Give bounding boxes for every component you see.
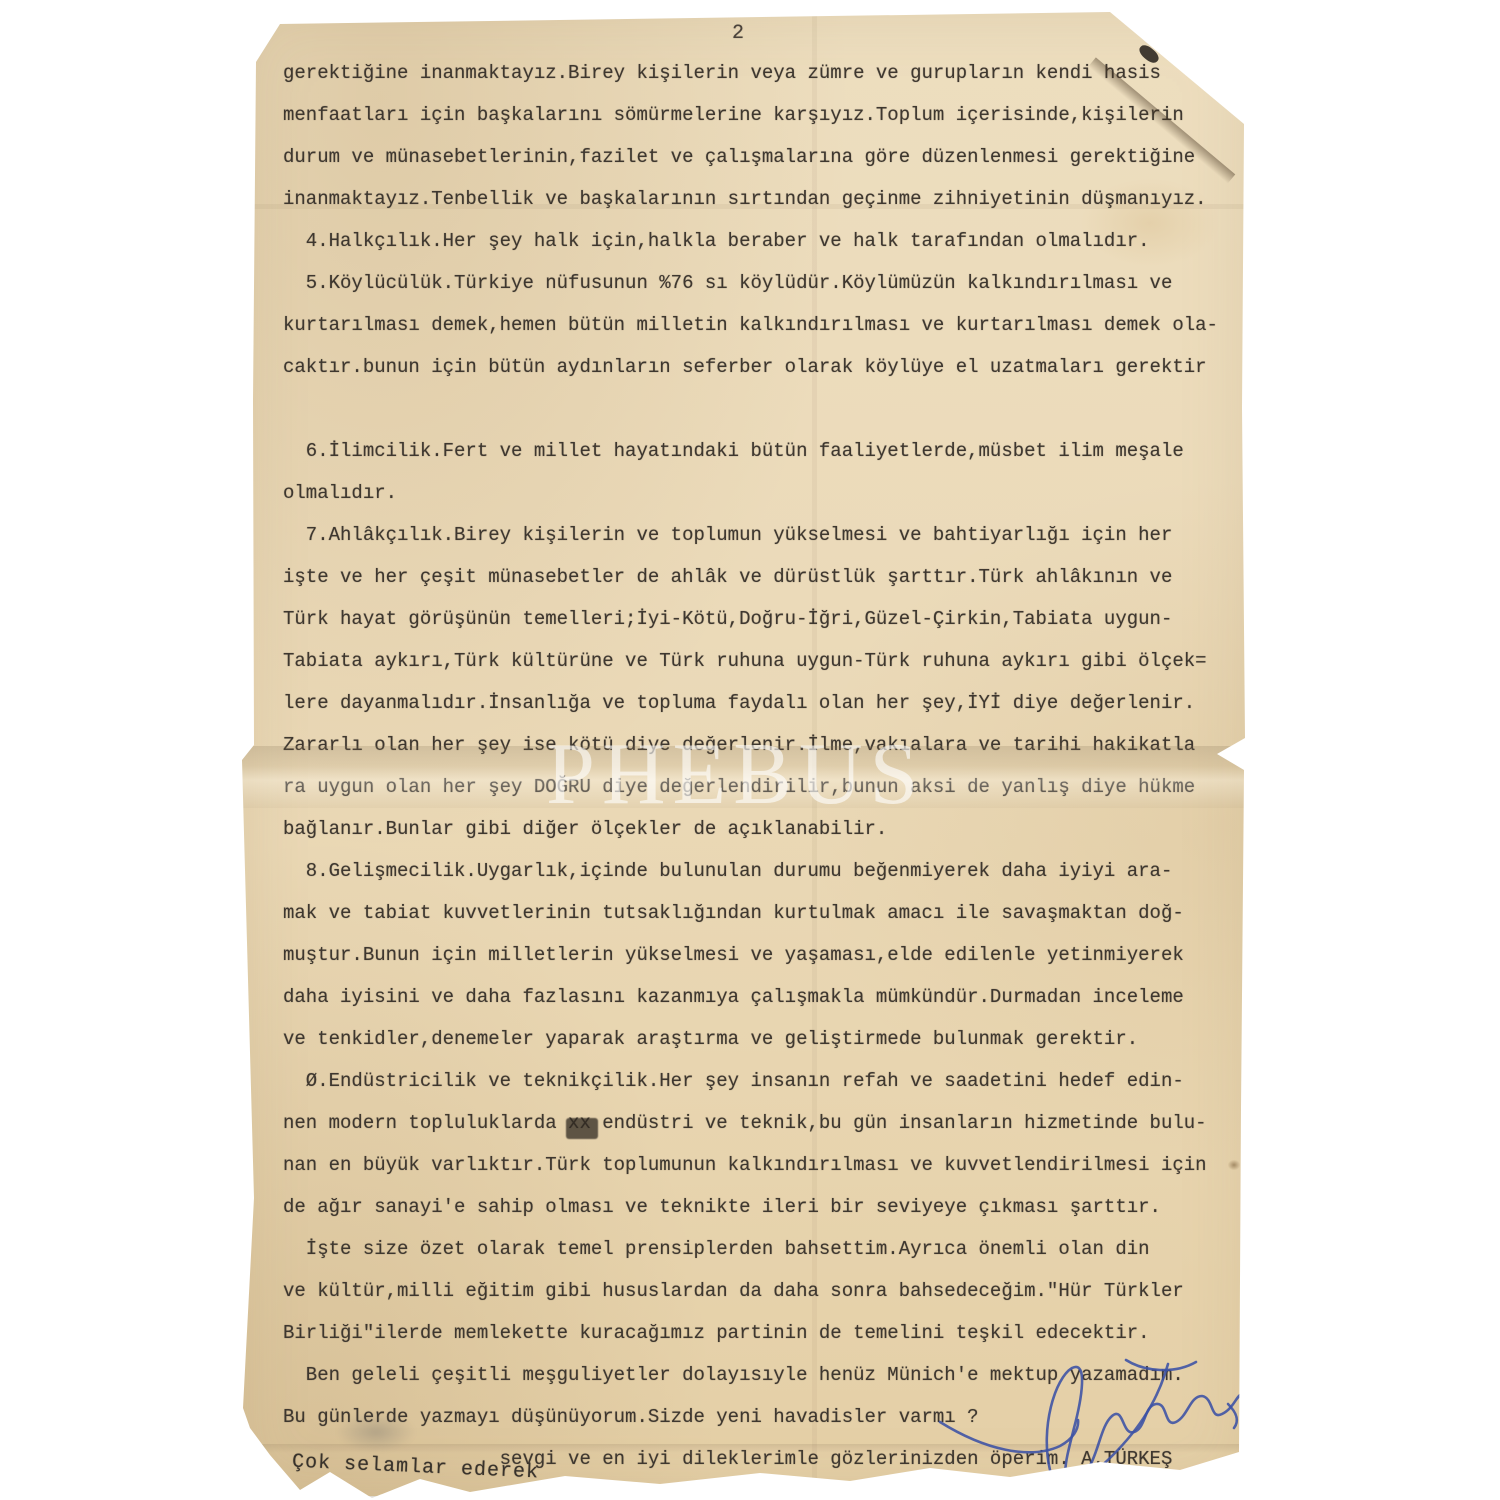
pen-tail bbox=[1086, 1470, 1200, 1493]
letter-page: 2 gerektiğine inanmaktayız.Birey kişiler… bbox=[240, 8, 1250, 1496]
edge-stain bbox=[1228, 1160, 1240, 1170]
scan-background: 2 gerektiğine inanmaktayız.Birey kişiler… bbox=[0, 0, 1500, 1500]
pen-hook bbox=[1228, 1404, 1237, 1428]
page-number: 2 bbox=[732, 22, 744, 45]
typewritten-text: gerektiğine inanmaktayız.Birey kişilerin… bbox=[283, 52, 1218, 1480]
